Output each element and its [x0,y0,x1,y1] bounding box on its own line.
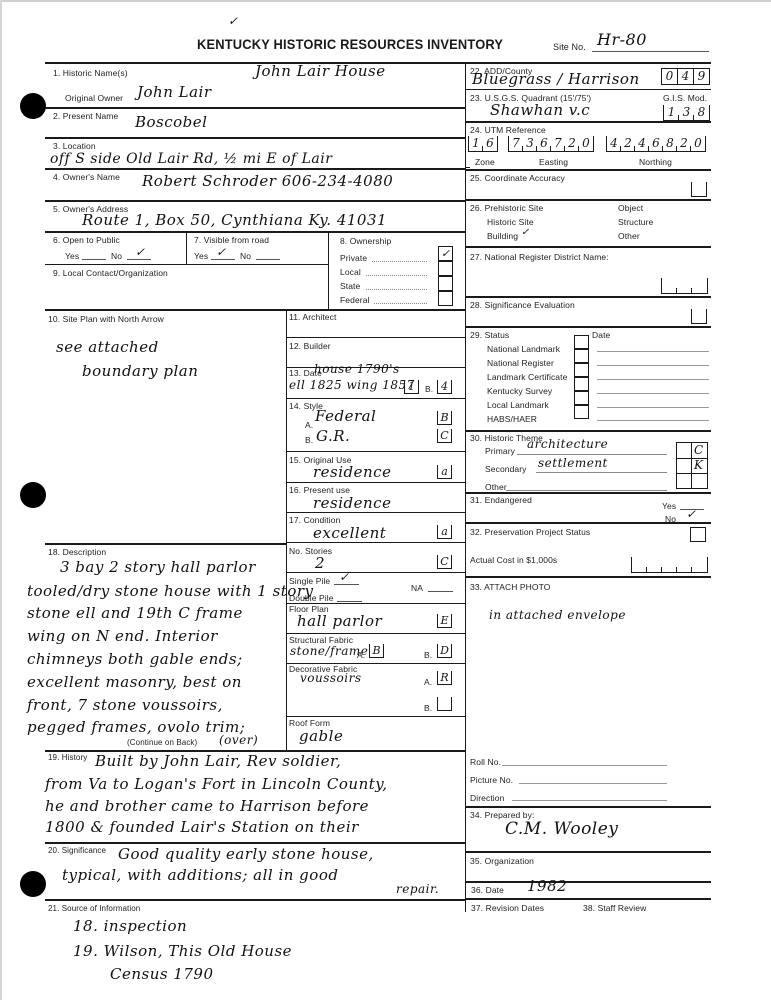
present-name-label: 2. Present Name [53,111,118,121]
visible-from-road-label: 7. Visible from road [194,235,269,245]
structure-label: Structure [618,217,653,227]
object-label: Object [618,203,643,213]
attach-photo-label: 33. ATTACH PHOTO [470,582,550,592]
utm-digit: 7 [551,136,565,151]
decorative-a-label: A. [424,677,432,687]
utm-digit: 7 [509,136,523,151]
other-label: Other [618,231,640,241]
na-field[interactable] [428,591,453,592]
divider [328,231,329,309]
rule [465,326,711,328]
rule [286,542,465,543]
open-no-check: ✓ [135,245,145,259]
description-line[interactable]: tooled/dry stone house with 1 story [27,582,314,600]
hole-punch [20,482,46,508]
utm-digit: 0 [579,136,593,151]
na-label: NA [411,583,423,593]
utm-digit: 0 [691,136,705,151]
site-no-underline [592,51,709,52]
open-yes-label: Yes [65,251,79,261]
gis-mod-label: G.I.S. Mod. [663,93,707,103]
secondary-value[interactable]: settlement [538,456,608,470]
visible-yes-field[interactable] [211,259,235,260]
prepared-date-label: 36. Date [471,885,504,895]
rule [465,576,711,578]
structural-a-label: A. [357,650,365,660]
status-item-label: National Landmark [487,344,560,354]
history-line[interactable]: he and brother came to Harrison before [45,797,369,815]
leader-dots [372,261,427,262]
building-check: ✓ [521,227,529,238]
theme-code-grid[interactable]: C K [676,442,708,489]
rule [286,512,465,513]
ownership-federal-checkbox[interactable] [438,291,453,306]
ownership-local-label: Local [340,267,361,277]
actual-cost-field[interactable] [631,557,708,573]
actual-cost-label: Actual Cost in $1,000s [470,555,557,565]
status-checkbox[interactable] [574,405,589,419]
coordinate-accuracy-label: 25. Coordinate Accuracy [470,173,565,183]
rule [286,633,465,634]
rule [286,482,465,483]
continue-on-back-label: (Continue on Back) [127,738,197,747]
description-line[interactable]: wing on N end. Interior [27,627,218,645]
date-b-code[interactable]: 4 [437,380,452,394]
utm-digit: 4 [635,136,649,151]
utm-digit: 2 [621,136,635,151]
endangered-no-check: ✓ [686,507,696,521]
code-slot [662,557,677,572]
description-line[interactable]: chimneys both gable ends; [27,650,243,668]
decorative-a-code[interactable]: R [437,671,452,685]
single-pile-field[interactable] [334,584,359,585]
code-digit: 4 [678,69,694,84]
usgs-quadrant-value[interactable]: Shawhan v.c [490,101,590,119]
rule [465,246,711,248]
stories-value[interactable]: 2 [315,554,325,572]
date-line1[interactable]: house 1790's [314,362,400,376]
utm-northing-label: Northing [639,157,672,167]
coordinate-accuracy-box[interactable] [691,182,707,197]
prehistoric-site-label: 26. Prehistoric Site [470,203,543,213]
prepared-by-value[interactable]: C.M. Wooley [505,819,618,839]
county-code[interactable]: 0 4 9 [661,68,710,85]
date-line2[interactable]: ell 1825 wing 1857 [289,378,415,392]
code-slot [677,557,692,572]
code-slot [692,278,707,293]
visible-no-label: No [240,251,251,261]
architect-label: 11. Architect [289,312,336,322]
utm-digit: 6 [649,136,663,151]
single-pile-check: ✓ [339,570,349,584]
history-line[interactable]: 1800 & founded Lair's Station on their [45,818,359,836]
column-divider [465,62,466,912]
status-date-field[interactable] [597,393,709,394]
rule [465,898,711,900]
roof-form-value[interactable]: gable [299,727,343,745]
district-code-box[interactable] [661,278,708,294]
status-checkbox[interactable] [574,349,589,363]
utm-northing[interactable]: 4 2 4 6 8 2 0 [606,136,706,152]
primary-code: C [694,443,704,457]
code-digit: 3 [679,105,694,120]
utm-digit: 6 [483,136,497,151]
hole-punch [20,871,46,897]
location-label: 3. Location [53,141,96,151]
add-county-value[interactable]: Bluegrass / Harrison [472,70,640,88]
rule [45,543,286,545]
floor-plan-code[interactable]: E [437,614,452,628]
rule [465,199,711,201]
primary-value[interactable]: architecture [527,437,608,451]
organization-label: 35. Organization [470,856,534,866]
code-digit: 0 [662,69,678,84]
source-line[interactable]: 19. Wilson, This Old House [73,942,292,960]
significance-line[interactable]: typical, with additions; all in good [62,866,338,884]
rule [286,309,465,311]
rule [45,200,465,202]
rule [465,169,711,171]
column-divider [286,309,287,750]
secondary-label: Secondary [485,464,527,474]
picture-no-label: Picture No. [470,775,513,785]
open-no-label: No [111,251,122,261]
description-over[interactable]: (over) [219,733,258,747]
rule [45,264,328,265]
decorative-fabric-value[interactable]: voussoirs [300,671,362,685]
status-item-label: Local Landmark [487,400,549,410]
site-plan-label: 10. Site Plan with North Arrow [48,314,164,324]
owner-address-value[interactable]: Route 1, Box 50, Cynthiana Ky. 41031 [82,211,387,229]
rule [45,168,465,170]
style-a-label: A. [305,420,313,430]
style-b-code[interactable]: C [437,429,452,443]
open-to-public-label: 6. Open to Public [53,235,120,245]
rule [45,842,465,844]
utm-digit: 3 [523,136,537,151]
present-name-value[interactable]: Boscobel [135,113,207,131]
visible-no-field[interactable] [256,259,280,260]
structural-b-code[interactable]: D [437,644,452,658]
utm-digit: 2 [565,136,579,151]
primary-label: Primary [485,446,515,456]
code-slot [632,557,647,572]
preservation-status-label: 32. Preservation Project Status [470,527,590,537]
preservation-status-box[interactable] [690,527,706,542]
description-line[interactable]: stone ell and 19th C frame [27,604,243,622]
description-line[interactable]: pegged frames, ovolo trim; [27,718,245,736]
picture-no-field[interactable] [519,783,667,784]
rule [45,899,465,901]
leader-dots [374,303,427,304]
description-line[interactable]: front, 7 stone voussoirs, [27,696,223,714]
status-checkbox[interactable] [574,391,589,405]
rule [286,398,465,399]
code-digit: 9 [694,69,709,84]
direction-label: Direction [470,793,504,803]
style-b-label: B. [305,435,313,445]
ownership-private-label: Private [340,253,367,263]
status-checkbox[interactable] [574,377,589,391]
leader-dots [366,275,427,276]
historic-site-label: Historic Site [487,217,534,227]
rule [465,89,711,90]
structural-a-code[interactable]: B [369,644,384,658]
utm-digit: 2 [677,136,691,151]
prepared-date-value[interactable]: 1982 [527,877,567,895]
rule [465,492,711,494]
rule [45,231,465,233]
status-label: 29. Status [470,330,509,340]
rule [286,451,465,452]
significance-evaluation-label: 28. Significance Evaluation [470,300,575,310]
owner-name-value[interactable]: Robert Schroder 606-234-4080 [142,172,393,190]
primary-field[interactable] [517,454,667,455]
divider [186,231,187,264]
utm-easting-label: Easting [539,157,568,167]
utm-reference-label: 24. UTM Reference [470,125,546,135]
site-plan-line1[interactable]: see attached [56,338,159,356]
utm-digit: 4 [607,136,621,151]
status-date-field[interactable] [597,379,709,380]
status-date-field[interactable] [597,420,709,421]
status-date-label: Date [592,330,610,340]
rule [45,107,465,109]
location-value[interactable]: off S side Old Lair Rd, ½ mi E of Lair [50,151,332,167]
code-slot [677,278,692,293]
ownership-state-checkbox[interactable] [438,276,453,291]
rule [286,716,465,717]
status-checkbox[interactable] [574,335,589,349]
secondary-code: K [694,458,703,472]
source-label: 21. Source of Information [48,904,140,913]
significance-line[interactable]: Good quality early stone house, [118,845,374,863]
owner-name-label: 4. Owner's Name [53,172,120,182]
tick [465,167,470,168]
rule [45,137,465,139]
style-a-code[interactable]: B [437,411,452,425]
code-slot [662,278,677,293]
status-date-field[interactable] [597,351,709,352]
page-edge [0,0,771,2]
decorative-b-code[interactable] [437,697,452,711]
history-line[interactable]: Built by John Lair, Rev soldier, [95,752,341,770]
direction-field[interactable] [512,800,667,801]
status-item-label: Landmark Certificate [487,372,567,382]
status-item-label: Kentucky Survey [487,386,552,396]
utm-digit: 8 [663,136,677,151]
code-digit: 8 [694,105,709,120]
status-checkbox[interactable] [574,363,589,377]
significance-label: 20. Significance [48,846,106,855]
condition-value[interactable]: excellent [313,524,386,542]
description-line[interactable]: 3 bay 2 story hall parlor [60,558,256,576]
form-title: KENTUCKY HISTORIC RESOURCES INVENTORY [197,36,503,52]
site-plan-line2[interactable]: boundary plan [82,362,198,380]
status-date-field[interactable] [597,365,709,366]
significance-evaluation-box[interactable] [691,309,707,324]
source-line[interactable]: 18. inspection [73,917,187,935]
hole-punch [20,93,46,119]
style-b-value[interactable]: G.R. [316,427,350,445]
ownership-state-label: State [340,281,360,291]
roll-no-label: Roll No. [470,757,501,767]
rule [465,881,711,883]
other-theme-label: Other [485,482,507,492]
visible-yes-label: Yes [194,251,208,261]
utm-zone[interactable]: 1 6 [468,136,498,152]
national-register-district-label: 27. National Register District Name: [470,252,609,262]
visible-yes-check: ✓ [216,245,226,259]
code-slot [647,557,662,572]
rule [465,522,711,524]
floor-plan-value[interactable]: hall parlor [297,612,382,630]
ownership-label: 8. Ownership [340,236,391,246]
attach-photo-value[interactable]: in attached envelope [489,608,626,622]
decorative-b-label: B. [424,703,432,713]
ownership-private-checkbox[interactable]: ✓ [438,246,453,261]
historic-name-label: 1. Historic Name(s) [53,68,128,78]
rule [286,572,465,573]
date-a-code[interactable]: 1 [404,380,419,394]
history-label: 19. History [48,753,87,762]
history-line[interactable]: from Va to Logan's Fort in Lincoln Count… [45,775,388,793]
secondary-field[interactable] [536,472,667,473]
ownership-local-checkbox[interactable] [438,261,453,276]
building-label: Building [487,231,518,241]
significance-line[interactable]: repair. [396,882,439,896]
endangered-yes-label: Yes [662,501,676,511]
utm-digit: 1 [469,136,483,151]
description-label: 18. Description [48,547,106,557]
status-item-label: HABS/HAER [487,414,537,424]
roll-no-field[interactable] [502,765,667,766]
utm-digit: 6 [537,136,551,151]
local-contact-label: 9. Local Contact/Organization [53,268,168,278]
status-date-field[interactable] [597,407,709,408]
date-b-label: B. [425,384,433,394]
staff-review-label: 38. Staff Review [583,903,646,913]
gis-mod-code[interactable]: 1 3 8 [663,105,710,121]
double-pile-field[interactable] [337,601,362,602]
original-use-value[interactable]: residence [313,463,391,481]
present-use-value[interactable]: residence [313,494,391,512]
rule [465,296,711,298]
rule [465,430,711,432]
page-edge [0,0,2,1000]
review-checkmark: ✓ [228,14,239,28]
stories-code[interactable]: C [437,555,452,569]
builder-label: 12. Builder [289,341,331,351]
utm-zone-label: Zone [475,157,495,167]
condition-code[interactable]: a [437,525,452,539]
status-item-label: National Register [487,358,554,368]
rule [465,806,711,808]
other-theme-field[interactable] [506,490,667,491]
source-line[interactable]: Census 1790 [110,965,214,983]
original-owner-value[interactable]: John Lair [137,83,212,101]
description-line[interactable]: excellent masonry, best on [27,673,242,691]
rule [465,121,711,123]
open-yes-field[interactable] [82,259,106,260]
open-no-field[interactable] [127,259,151,260]
utm-easting[interactable]: 7 3 6 7 2 0 [508,136,594,152]
original-use-code[interactable]: a [437,465,452,479]
rule [465,851,711,853]
stories-label: No. Stories [289,546,332,556]
structural-b-label: B. [424,650,432,660]
leader-dots [366,289,427,290]
historic-name-value[interactable]: John Lair House [255,62,386,80]
endangered-label: 31. Endangered [470,495,532,505]
code-digit: 1 [664,105,679,120]
revision-dates-label: 37. Revision Dates [471,903,544,913]
site-no-value[interactable]: Hr-80 [597,30,647,49]
original-owner-label: Original Owner [65,93,123,103]
style-a-value[interactable]: Federal [315,407,376,425]
ownership-federal-label: Federal [340,295,370,305]
site-no-label: Site No. [553,42,586,52]
code-slot [692,557,707,572]
rule [286,337,465,338]
